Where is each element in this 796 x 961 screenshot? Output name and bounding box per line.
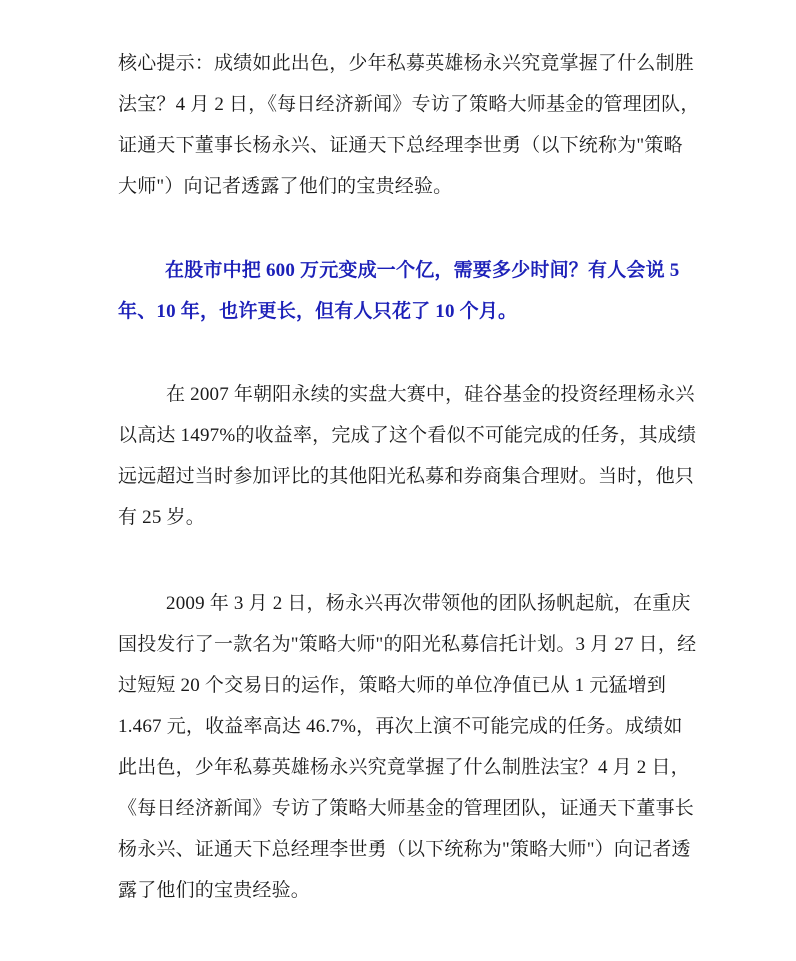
text-line: 大师"）向记者透露了他们的宝贵经验。 xyxy=(118,166,678,207)
text-line: 证通天下董事长杨永兴、证通天下总经理李世勇（以下统称为"策略 xyxy=(118,125,678,166)
text-line: 在 2007 年朝阳永续的实盘大赛中，硅谷基金的投资经理杨永兴 xyxy=(118,374,678,415)
text-line: 国投发行了一款名为"策略大师"的阳光私募信托计划。3 月 27 日，经 xyxy=(118,624,678,665)
text-line: 以高达 1497%的收益率，完成了这个看似不可能完成的任务，其成绩 xyxy=(118,415,678,456)
text-line: 2009 年 3 月 2 日，杨永兴再次带领他的团队扬帆起航，在重庆 xyxy=(118,583,678,624)
text-line: 有 25 岁。 xyxy=(118,497,678,538)
text-line: 露了他们的宝贵经验。 xyxy=(118,870,678,911)
text-line: 法宝？4 月 2 日，《每日经济新闻》专访了策略大师基金的管理团队， xyxy=(118,84,678,125)
text-line: 过短短 20 个交易日的运作，策略大师的单位净值已从 1 元猛增到 xyxy=(118,665,678,706)
text-line: 远远超过当时参加评比的其他阳光私募和券商集合理财。当时，他只 xyxy=(118,456,678,497)
paragraph-launch-2009: 2009 年 3 月 2 日，杨永兴再次带领他的团队扬帆起航，在重庆 国投发行了… xyxy=(118,583,678,911)
text-line: 在股市中把 600 万元变成一个亿，需要多少时间？有人会说 5 xyxy=(118,250,678,291)
text-line: 核心提示：成绩如此出色，少年私募英雄杨永兴究竟掌握了什么制胜 xyxy=(118,43,678,84)
text-line: 1.467 元，收益率高达 46.7%，再次上演不可能完成的任务。成绩如 xyxy=(118,706,678,747)
paragraph-history-2007: 在 2007 年朝阳永续的实盘大赛中，硅谷基金的投资经理杨永兴 以高达 1497… xyxy=(118,374,678,538)
text-line: 此出色，少年私募英雄杨永兴究竟掌握了什么制胜法宝？4 月 2 日， xyxy=(118,747,678,788)
paragraph-core-summary: 核心提示：成绩如此出色，少年私募英雄杨永兴究竟掌握了什么制胜 法宝？4 月 2 … xyxy=(118,43,678,207)
paragraph-lead-question: 在股市中把 600 万元变成一个亿，需要多少时间？有人会说 5 年、10 年，也… xyxy=(118,250,678,332)
text-line: 杨永兴、证通天下总经理李世勇（以下统称为"策略大师"）向记者透 xyxy=(118,829,678,870)
text-line: 年、10 年，也许更长，但有人只花了 10 个月。 xyxy=(118,291,678,332)
text-line: 《每日经济新闻》专访了策略大师基金的管理团队，证通天下董事长 xyxy=(118,788,678,829)
